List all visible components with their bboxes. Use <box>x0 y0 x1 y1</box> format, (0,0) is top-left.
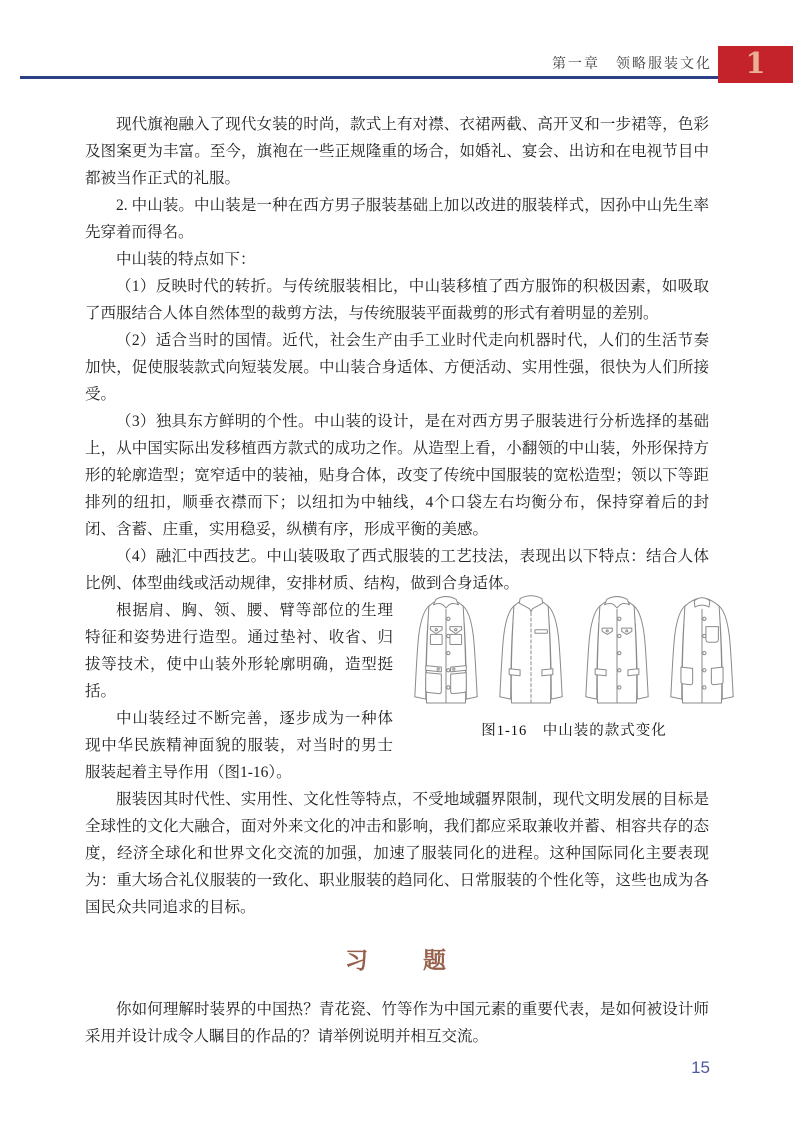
exercises-heading: 习 题 <box>85 947 709 974</box>
paragraph-features-lead: 中山装的特点如下： <box>85 246 709 273</box>
chapter-number-badge: 1 <box>718 46 793 83</box>
page-number: 15 <box>650 1058 710 1078</box>
body-column: 现代旗袍融入了现代女装的时尚，款式上有对襟、衣裙两截、高开叉和一步裙等，色彩及图… <box>85 111 709 1050</box>
figure-caption: 图1-16 中山装的款式变化 <box>407 718 741 745</box>
chapter-number: 1 <box>745 49 765 78</box>
figure-1-16: 图1-16 中山装的款式变化 <box>407 587 741 745</box>
header-rule <box>20 76 718 79</box>
feature-item-3: （3）独具东方鲜明的个性。中山装的设计，是在对西方男子服装进行分析选择的基础上，… <box>85 408 709 543</box>
feature-item-2: （2）适合当时的国情。近代，社会生产由手工业时代走向机器时代，人们的生活节奏加快… <box>85 327 709 408</box>
figure-wrap-section: 图1-16 中山装的款式变化 根据肩、胸、领、腰、臂等部位的生理特征和姿势进行造… <box>85 597 709 786</box>
jackets-row <box>407 587 741 713</box>
jacket-drawing-four-flap-pockets <box>407 587 485 713</box>
paragraph-qipao: 现代旗袍融入了现代女装的时尚，款式上有对襟、衣裙两截、高开叉和一步裙等，色彩及图… <box>85 111 709 192</box>
jacket-drawing-hidden-placket <box>492 587 570 713</box>
paragraph-globalization: 服装因其时代性、实用性、文化性等特点，不受地域疆界限制，现代文明发展的目标是全球… <box>85 786 709 921</box>
paragraph-zhongshan-intro: 2. 中山装。中山装是一种在西方男子服装基础上加以改进的服装样式，因孙中山先生率… <box>85 192 709 246</box>
jacket-drawing-stand-collar <box>663 587 741 713</box>
textbook-page: 第一章 领略服装文化 1 现代旗袍融入了现代女装的时尚，款式上有对襟、衣裙两截、… <box>0 0 793 1123</box>
jacket-drawing-chest-flaps <box>578 587 656 713</box>
chapter-header-title: 第一章 领略服装文化 <box>552 53 712 73</box>
feature-item-1: （1）反映时代的转折。与传统服装相比，中山装移植了西方服饰的积极因素，如吸取了西… <box>85 273 709 327</box>
exercise-question: 你如何理解时装界的中国热？青花瓷、竹等作为中国元素的重要代表，是如何被设计师采用… <box>85 996 709 1050</box>
